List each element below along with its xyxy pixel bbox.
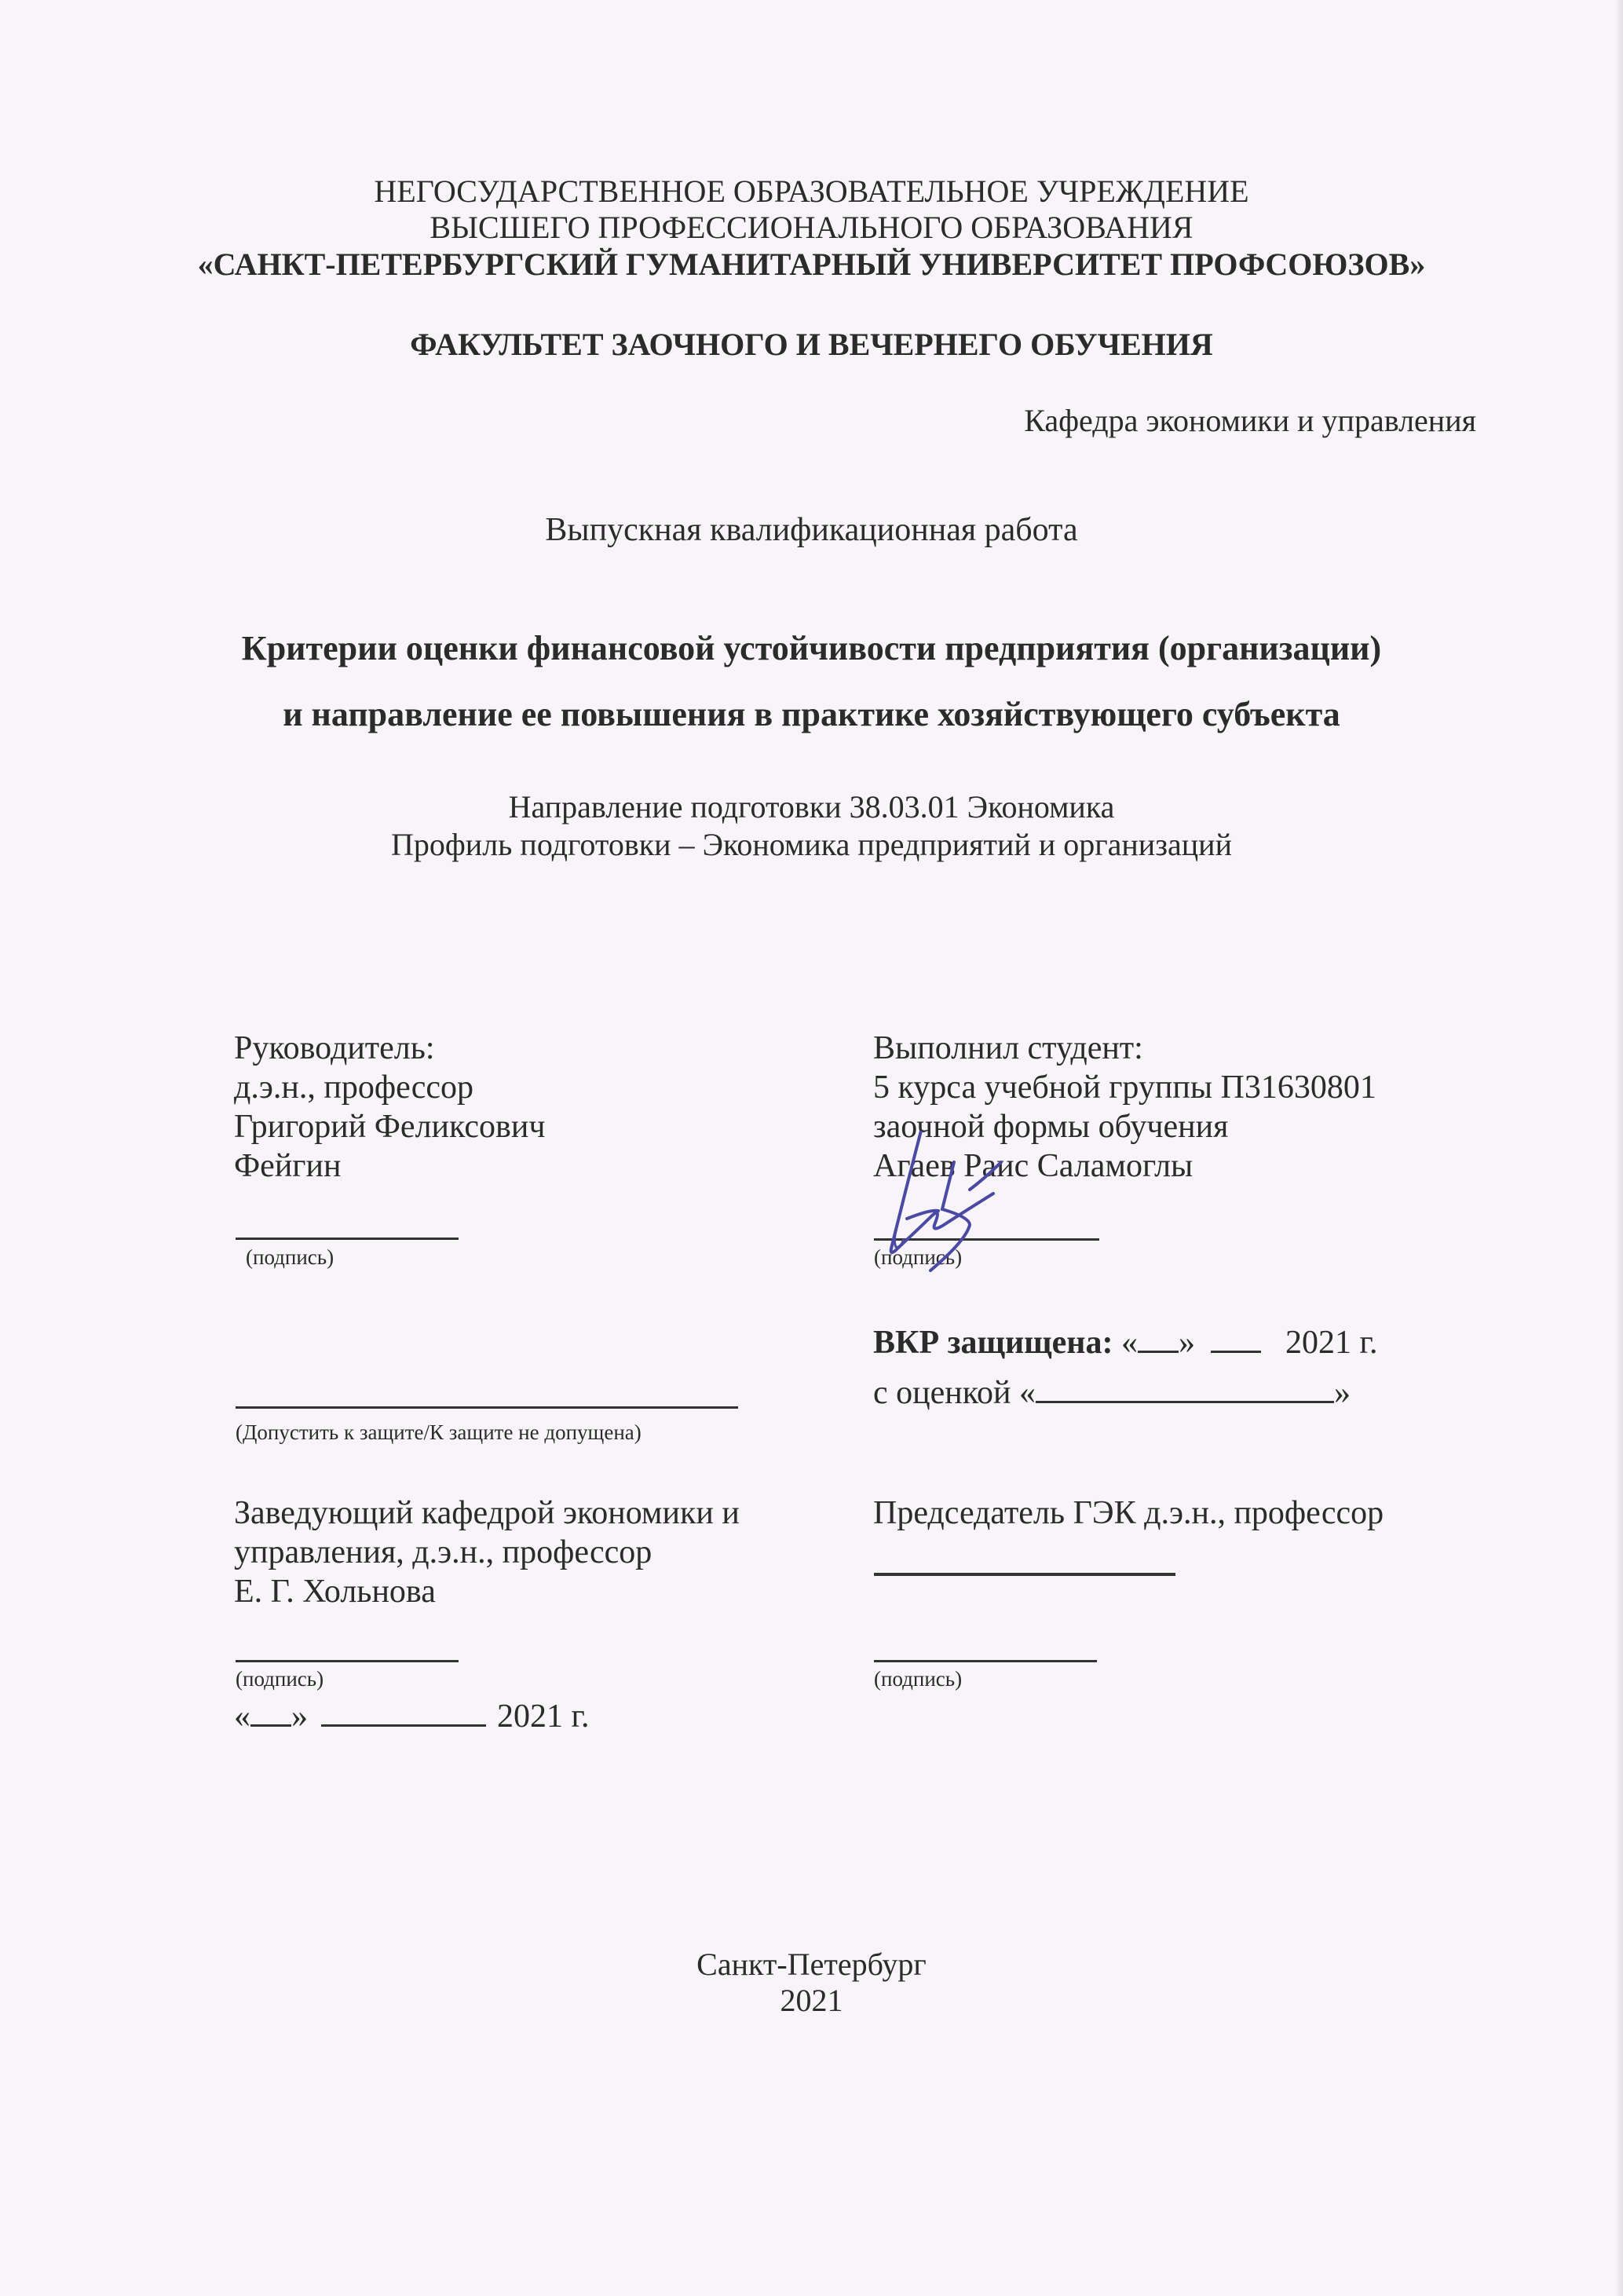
defense-year: 2021 г. bbox=[1285, 1325, 1378, 1361]
head-date-open-quote: « bbox=[234, 1698, 250, 1735]
defense-month-field[interactable] bbox=[1211, 1322, 1261, 1353]
work-type: Выпускная квалификационная работа bbox=[0, 510, 1623, 550]
gek-signature-line[interactable] bbox=[874, 1660, 1097, 1662]
head-of-department-block: Заведующий кафедрой экономики и управлен… bbox=[234, 1493, 740, 1611]
defense-day-open-quote: « bbox=[1121, 1325, 1138, 1361]
grade-label: с оценкой « bbox=[873, 1375, 1036, 1411]
grade-field[interactable] bbox=[1036, 1373, 1334, 1403]
org-level-line: ВЫСШЕГО ПРОФЕССИОНАЛЬНОГО ОБРАЗОВАНИЯ bbox=[0, 209, 1623, 247]
defense-label: ВКР защищена: bbox=[873, 1325, 1113, 1361]
gek-signature-caption: (подпись) bbox=[874, 1666, 962, 1691]
head-date-close-quote: » bbox=[291, 1698, 308, 1735]
head-date: «» 2021 г. bbox=[234, 1696, 590, 1736]
head-signature-line[interactable] bbox=[236, 1660, 459, 1662]
head-date-year: 2021 г. bbox=[497, 1698, 590, 1735]
university-name: «САНКТ-ПЕТЕРБУРГСКИЙ ГУМАНИТАРНЫЙ УНИВЕР… bbox=[0, 246, 1623, 283]
thesis-title-line1: Критерии оценки финансовой устойчивости … bbox=[0, 628, 1623, 669]
head-title-line2: управления, д.э.н., профессор bbox=[234, 1533, 740, 1572]
student-signature-icon bbox=[875, 1131, 1048, 1272]
study-direction: Направление подготовки 38.03.01 Экономик… bbox=[0, 788, 1623, 826]
faculty-name: ФАКУЛЬТЕТ ЗАОЧНОГО И ВЕЧЕРНЕГО ОБУЧЕНИЯ bbox=[0, 326, 1623, 364]
defense-grade: с оценкой «» bbox=[873, 1373, 1351, 1413]
supervisor-degree: д.э.н., профессор bbox=[234, 1068, 545, 1107]
head-signature-caption: (подпись) bbox=[236, 1666, 324, 1691]
supervisor-signature-caption: (подпись) bbox=[246, 1245, 334, 1270]
grade-close-quote: » bbox=[1334, 1375, 1351, 1411]
study-profile: Профиль подготовки – Экономика предприят… bbox=[0, 826, 1623, 864]
thesis-title-line2: и направление ее повышения в практике хо… bbox=[0, 694, 1623, 735]
supervisor-name-last: Фейгин bbox=[234, 1146, 545, 1186]
defense-day-close-quote: » bbox=[1179, 1325, 1195, 1361]
supervisor-block: Руководитель: д.э.н., профессор Григорий… bbox=[234, 1029, 545, 1186]
org-type-line: НЕГОСУДАРСТВЕННОЕ ОБРАЗОВАТЕЛЬНОЕ УЧРЕЖД… bbox=[0, 173, 1623, 210]
supervisor-name-first: Григорий Феликсович bbox=[234, 1107, 545, 1146]
supervisor-signature-line[interactable] bbox=[236, 1238, 459, 1240]
admission-caption: (Допустить к защите/К защите не допущена… bbox=[236, 1420, 642, 1445]
defense-day-field[interactable] bbox=[1138, 1322, 1179, 1353]
department-name: Кафедра экономики и управления bbox=[1024, 402, 1476, 440]
head-date-day-field[interactable] bbox=[250, 1696, 291, 1727]
head-date-month-field[interactable] bbox=[321, 1696, 486, 1727]
supervisor-label: Руководитель: bbox=[234, 1029, 545, 1068]
head-title-line1: Заведующий кафедрой экономики и bbox=[234, 1493, 740, 1533]
city: Санкт-Петербург bbox=[0, 1946, 1623, 1983]
gek-chair-title: Председатель ГЭК д.э.н., профессор bbox=[873, 1493, 1384, 1533]
student-label: Выполнил студент: bbox=[873, 1029, 1376, 1068]
student-course-group: 5 курса учебной группы П31630801 bbox=[873, 1068, 1376, 1107]
admission-decision-line[interactable] bbox=[236, 1406, 738, 1409]
defense-result: ВКР защищена: «» 2021 г. bbox=[873, 1322, 1377, 1362]
gek-chair-name-line[interactable] bbox=[874, 1573, 1175, 1576]
head-name: Е. Г. Хольнова bbox=[234, 1572, 740, 1611]
year: 2021 bbox=[0, 1982, 1623, 2020]
